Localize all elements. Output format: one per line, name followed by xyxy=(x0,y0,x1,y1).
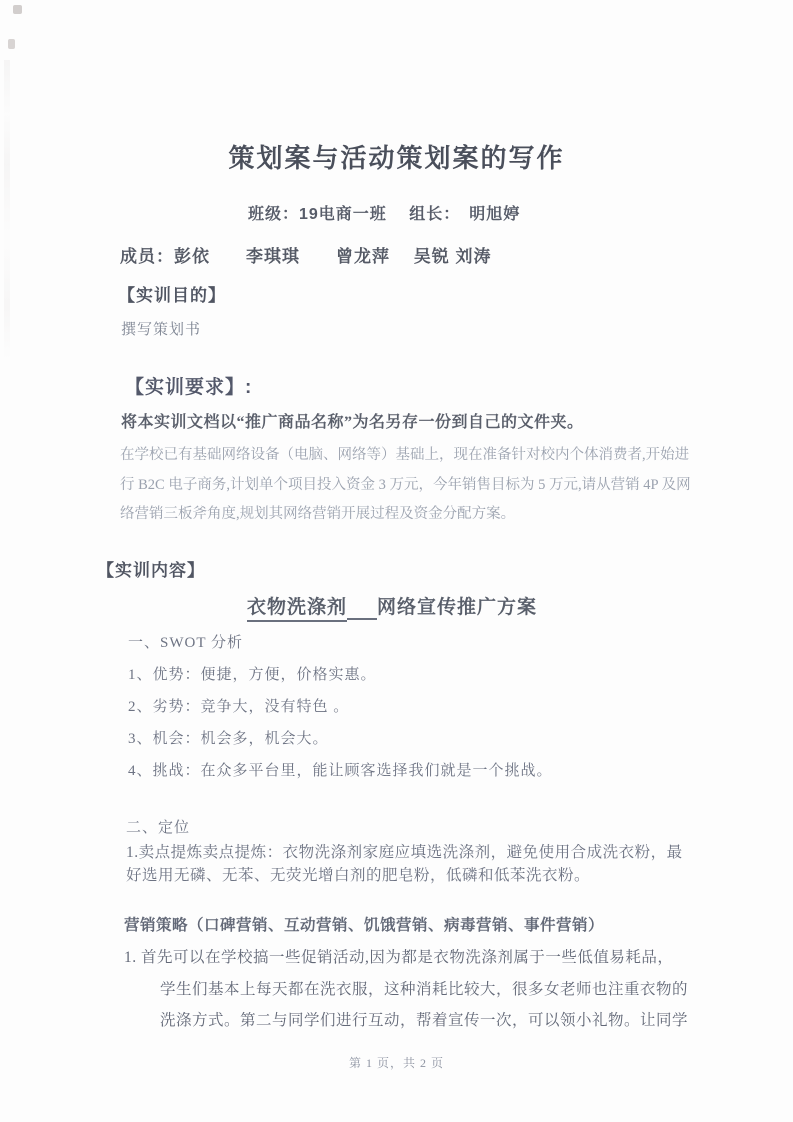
document-title: 策划案与活动策划案的写作 xyxy=(0,138,793,175)
plan-subtitle: 衣物洗涤剂网络宣传推广方案 xyxy=(247,592,537,620)
training-purpose-body: 撰写策划书 xyxy=(121,318,201,339)
class-and-leader-line: 班级：19电商一班 组长： 明旭婷 xyxy=(248,201,520,224)
requirements-paragraph: 在学校已有基础网络设备（电脑、网络等）基础上，现在准备针对校内个体消费者,开始进… xyxy=(120,441,690,530)
training-purpose-heading: 【实训目的】 xyxy=(118,281,226,306)
positioning-body: 1.卖点提炼卖点提炼：衣物洗涤剂家庭应填选洗涤剂，避免使用合成洗衣粉，最 好选用… xyxy=(126,841,683,887)
scan-speck xyxy=(13,5,22,14)
swot-item-threat: 4、挑战：在众多平台里，能让顾客选择我们就是一个挑战。 xyxy=(128,761,553,781)
swot-item-opportunity: 3、机会：机会多，机会大。 xyxy=(128,729,553,749)
marketing-strategy-section: 营销策略（口碑营销、互动营销、饥饿营销、病毒营销、事件营销） 1. 首先可以在学… xyxy=(124,915,688,1031)
swot-heading: 一、SWOT 分析 xyxy=(128,633,553,653)
strategy-item-line: 1. 首先可以在学校搞一些促销活动,因为都是衣物洗涤剂属于一些低值易耗品， xyxy=(124,948,688,968)
plan-subtitle-rest: 网络宣传推广方案 xyxy=(377,597,537,618)
positioning-line: 好选用无磷、无苯、无荧光增白剂的肥皂粉，低磷和低苯洗衣粉。 xyxy=(126,864,683,887)
requirements-paragraph-line: 行 B2C 电子商务,计划单个项目投入资金 3 万元，今年销售目标为 5 万元,… xyxy=(120,471,690,501)
strategy-item-line: 洗涤方式。第二与同学们进行互动，帮着宣传一次，可以领小礼物。让同学 xyxy=(160,1011,688,1031)
swot-item-weakness: 2、劣势：竞争大，没有特色 。 xyxy=(128,697,553,717)
positioning-section: 二、定位 1.卖点提炼卖点提炼：衣物洗涤剂家庭应填选洗涤剂，避免使用合成洗衣粉，… xyxy=(126,818,683,887)
swot-item-strength: 1、优势：便捷，方便，价格实惠。 xyxy=(128,665,553,685)
requirements-paragraph-line: 在学校已有基础网络设备（电脑、网络等）基础上，现在准备针对校内个体消费者,开始进 xyxy=(120,441,690,471)
scanned-document-page: 策划案与活动策划案的写作 班级：19电商一班 组长： 明旭婷 成员：彭依 李琪琪… xyxy=(0,0,793,1122)
swot-section: 一、SWOT 分析 1、优势：便捷，方便，价格实惠。 2、劣势：竞争大，没有特色… xyxy=(128,633,553,781)
training-content-heading: 【实训内容】 xyxy=(97,556,205,581)
marketing-strategy-heading: 营销策略（口碑营销、互动营销、饥饿营销、病毒营销、事件营销） xyxy=(124,915,688,936)
training-requirements-heading: 【实训要求】: xyxy=(125,372,252,399)
plan-subtitle-product-underlined: 衣物洗涤剂 xyxy=(247,597,347,622)
positioning-line: 1.卖点提炼卖点提炼：衣物洗涤剂家庭应填选洗涤剂，避免使用合成洗衣粉，最 xyxy=(126,841,683,864)
page-number-footer: 第 1 页，共 2 页 xyxy=(0,1054,793,1071)
save-instruction-line: 将本实训文档以“推广商品名称”为名另存一份到自己的文件夹。 xyxy=(121,409,584,432)
scan-edge-noise xyxy=(4,60,10,360)
requirements-paragraph-line: 络营销三板斧角度,规划其网络营销开展过程及资金分配方案。 xyxy=(120,500,690,530)
members-line: 成员：彭依 李琪琪 曾龙萍 吴锐 刘涛 xyxy=(120,242,491,267)
strategy-item-line: 学生们基本上每天都在洗衣服，这种消耗比较大，很多女老师也注重衣物的 xyxy=(160,980,688,1000)
underline-blank xyxy=(347,598,377,620)
scan-speck xyxy=(8,39,15,49)
positioning-heading: 二、定位 xyxy=(126,818,683,838)
